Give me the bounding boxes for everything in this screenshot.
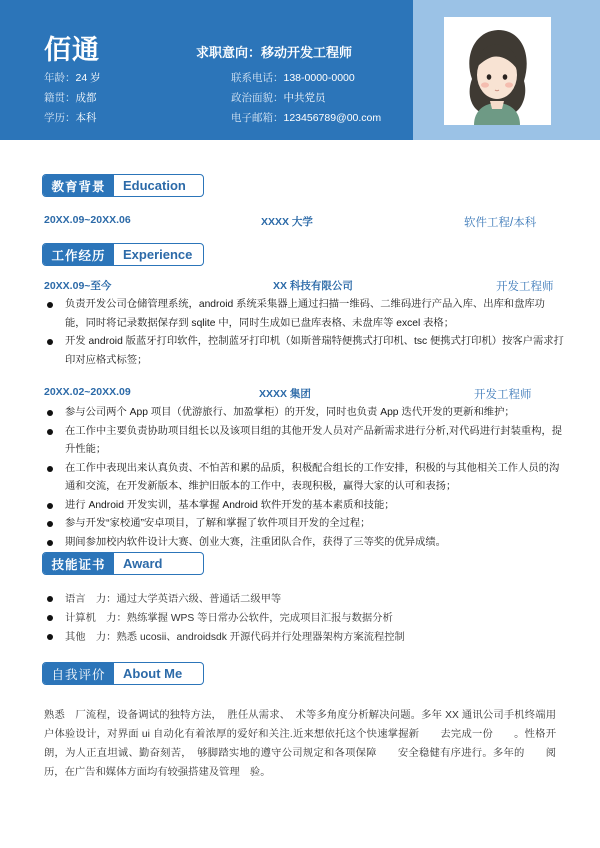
info-education: 学历：本科 [44, 110, 97, 125]
section-title-cn: 自我评价 [43, 663, 114, 684]
info-phone: 联系电话：138-0000-0000 [231, 70, 355, 85]
info-value: 本科 [76, 112, 97, 124]
section-experience-heading: 工作经历 Experience [42, 243, 204, 266]
about-me-text: 熟悉 厂流程，设备调试的独特方法， 胜任从需求、 术等多角度分析解决问题。多年 … [44, 706, 556, 782]
info-value: 24 岁 [76, 72, 101, 84]
job-intent: 求职意向：移动开发工程师 [196, 42, 352, 61]
info-political-status: 政治面貌：中共党员 [231, 90, 326, 105]
list-item: 计算机 力：熟练掌握 WPS 等日常办公软件，完成项目汇报与数据分析 [44, 609, 564, 628]
list-item: 开发 android 版蓝牙打印软件，控制蓝牙打印机（如斯普瑞特便携式打印机、t… [44, 333, 564, 370]
section-title-cn: 工作经历 [43, 244, 114, 265]
list-item: 参与公司两个 App 项目（优游旅行、加盈掌柜）的开发，同时也负责 App 迭代… [44, 404, 564, 423]
education-major: 软件工程/本科 [464, 214, 536, 230]
job-role: 开发工程师 [496, 278, 554, 294]
info-email: 电子邮箱：123456789@00.com [231, 110, 381, 125]
job-date: 20XX.09~至今 [44, 278, 111, 293]
section-title-en: Education [114, 175, 203, 196]
info-label: 联系电话： [231, 72, 284, 84]
section-title-en: About Me [114, 663, 203, 684]
info-value: 123456789@00.com [284, 112, 382, 124]
info-hometown: 籍贯：成都 [44, 90, 97, 105]
info-label: 政治面貌： [231, 92, 284, 104]
skills-list: 语言 力：通过大学英语六级、普通话二级甲等 计算机 力：熟练掌握 WPS 等日常… [44, 590, 564, 647]
info-age: 年龄：24 岁 [44, 70, 101, 85]
list-item: 进行 Android 开发实训，基本掌握 Android 软件开发的基本素质和技… [44, 497, 564, 516]
list-item: 其他 力：熟悉 ucosii、androidsdk 开源代码并行处理器架构方案流… [44, 628, 564, 647]
education-date: 20XX.09~20XX.06 [44, 214, 131, 226]
list-item: 在工作中主要负责协助项目组长以及该项目组的其他开发人员对产品新需求进行分析,对代… [44, 423, 564, 460]
job-company: XXXX 集团 [259, 386, 311, 401]
section-title-en: Experience [114, 244, 203, 265]
section-award-heading: 技能证书 Award [42, 552, 204, 575]
section-title-en: Award [114, 553, 203, 574]
list-item: 负责开发公司仓储管理系统，android 系统采集器上通过扫描一维码、二维码进行… [44, 296, 564, 333]
info-value: 138-0000-0000 [284, 72, 355, 84]
info-value: 成都 [76, 92, 97, 104]
section-education-heading: 教育背景 Education [42, 174, 204, 197]
info-label: 籍贯： [44, 92, 76, 104]
list-item: 在工作中表现出来认真负责、不怕苦和累的品质，积极配合组长的工作安排，积极的与其他… [44, 460, 564, 497]
avatar-illustration-icon [444, 17, 551, 125]
section-about-heading: 自我评价 About Me [42, 662, 204, 685]
info-value: 中共党员 [284, 92, 326, 104]
list-item: 语言 力：通过大学英语六级、普通话二级甲等 [44, 590, 564, 609]
section-title-cn: 教育背景 [43, 175, 114, 196]
info-label: 年龄： [44, 72, 76, 84]
resume-header: 佰通 求职意向：移动开发工程师 年龄：24 岁 籍贯：成都 学历：本科 联系电话… [0, 0, 600, 140]
job-role: 开发工程师 [474, 386, 532, 402]
section-title-cn: 技能证书 [43, 553, 114, 574]
avatar [444, 17, 551, 125]
job-duties-list: 参与公司两个 App 项目（优游旅行、加盈掌柜）的开发，同时也负责 App 迭代… [44, 404, 564, 552]
list-item: 期间参加校内软件设计大赛、创业大赛，注重团队合作，获得了三等奖的优异成绩。 [44, 534, 564, 553]
job-company: XX 科技有限公司 [273, 278, 353, 293]
info-label: 电子邮箱： [231, 112, 284, 124]
education-school: XXXX 大学 [261, 214, 313, 229]
info-label: 学历： [44, 112, 76, 124]
job-date: 20XX.02~20XX.09 [44, 386, 131, 398]
list-item: 参与开发“家校通”安卓项目，了解和掌握了软件项目开发的全过程； [44, 515, 564, 534]
job-duties-list: 负责开发公司仓储管理系统，android 系统采集器上通过扫描一维码、二维码进行… [44, 296, 564, 370]
candidate-name: 佰通 [44, 28, 100, 67]
